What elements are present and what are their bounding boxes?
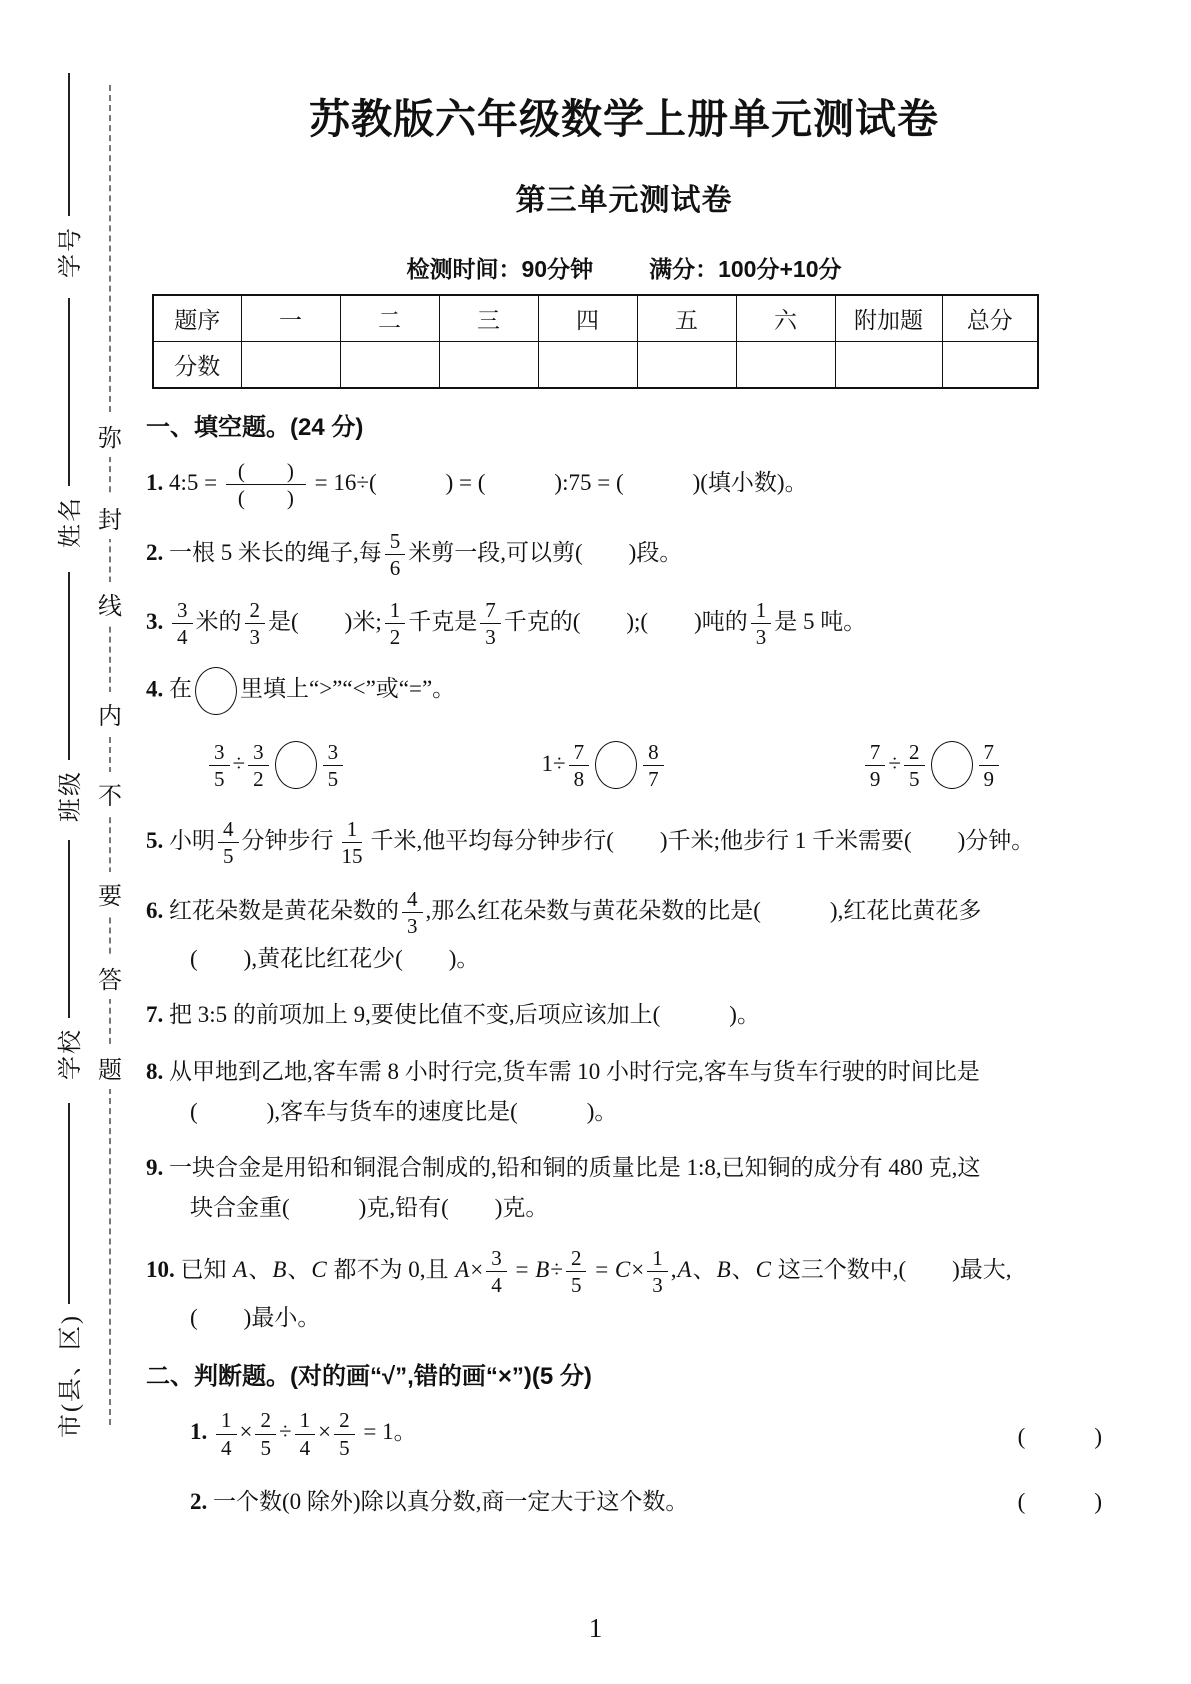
question-body: 红花朵数是黄花朵数的43,那么红花朵数与黄花朵数的比是( ),红花比黄花多( )… [169, 898, 981, 971]
fraction-denominator: 8 [569, 766, 590, 792]
math-variable: C [614, 1257, 631, 1282]
fraction: 34 [486, 1245, 507, 1299]
seal-line-char: 弥 [94, 414, 126, 457]
score-cell [439, 342, 538, 389]
fraction-denominator: 7 [643, 766, 664, 792]
question-body: 小明45分钟步行115千米,他平均每分钟步行( )千米;他步行 1 千米需要( … [169, 828, 1034, 853]
fraction-numerator: 1 [385, 597, 406, 624]
question-number: 8. [146, 1059, 169, 1084]
unit-title: 第三单元测试卷 [146, 175, 1102, 219]
section-two-heading: 二、判断题。(对的画“√”,错的画“×”)(5 分) [146, 1356, 1102, 1391]
fraction: 13 [647, 1245, 668, 1299]
exam-time-label: 检测时间：90分钟 [407, 256, 594, 282]
fraction: 14 [216, 1407, 237, 1461]
math-variable: A [232, 1257, 248, 1282]
fraction-numerator: 3 [323, 739, 344, 766]
question-body: 4:5 = ( )( ) = 16÷( ) = ( ):75 = ( )(填小数… [169, 470, 808, 495]
question-item: 8. 从甲地到乙地,客车需 8 小时行完,货车需 10 小时行完,客车与货车行驶… [146, 1052, 1102, 1133]
score-cell [340, 342, 439, 389]
question-number: 9. [146, 1155, 169, 1180]
question-item: 9. 一块合金是用铅和铜混合制成的,铅和铜的质量比是 1:8,已知铜的成分有 4… [146, 1148, 1102, 1229]
fraction-numerator: 1 [342, 816, 363, 843]
score-cell [942, 342, 1038, 389]
fraction-denominator: 4 [486, 1272, 507, 1298]
math-variable: A [677, 1257, 693, 1282]
fraction-numerator: 1 [295, 1407, 316, 1434]
fraction-numerator: 4 [402, 886, 423, 913]
paper-title: 苏教版六年级数学上册单元测试卷 [146, 86, 1102, 145]
seal-line-char: 线 [94, 582, 126, 625]
question-number: 3. [146, 609, 169, 634]
fraction-denominator: 3 [751, 624, 772, 650]
fraction-denominator: 5 [334, 1435, 355, 1461]
side-field-text: 学校 [50, 1028, 85, 1080]
score-table-header-cell: 附加题 [835, 295, 942, 342]
fraction: 35 [323, 739, 344, 793]
score-table-header-cell: 总分 [942, 295, 1038, 342]
question-body: 从甲地到乙地,客车需 8 小时行完,货车需 10 小时行完,客车与货车行驶的时间… [169, 1059, 980, 1124]
fraction-numerator: 4 [218, 816, 239, 843]
section-one-heading: 一、填空题。(24 分) [146, 407, 1102, 442]
fraction-numerator: 2 [334, 1407, 355, 1434]
fraction: 45 [218, 816, 239, 870]
question-item: 7. 把 3:5 的前项加上 9,要使比值不变,后项应该加上( )。 [146, 995, 1102, 1035]
judge-item: 2. 一个数(0 除外)除以真分数,商一定大于这个数。( ) [146, 1483, 1102, 1516]
fraction: 25 [904, 739, 925, 793]
question-item: 6. 红花朵数是黄花朵数的43,那么红花朵数与黄花朵数的比是( ),红花比黄花多… [146, 886, 1102, 980]
fraction-numerator: 2 [566, 1245, 587, 1272]
side-field-rule-line [68, 572, 70, 760]
fraction-denominator: 3 [245, 624, 266, 650]
fraction-denominator: 3 [402, 913, 423, 939]
math-variable: C [310, 1257, 327, 1282]
fraction-denominator: 9 [979, 766, 1000, 792]
question-number: 5. [146, 828, 169, 853]
fraction: 78 [569, 739, 590, 793]
fraction-numerator: 7 [569, 739, 590, 766]
compare-circle [931, 741, 973, 789]
fraction-numerator: 7 [979, 739, 1000, 766]
fraction: 25 [255, 1407, 276, 1461]
fraction-numerator: 1 [751, 597, 772, 624]
fraction-numerator: 3 [209, 739, 230, 766]
fraction: 12 [385, 597, 406, 651]
comparison-row: 35÷32351÷788779÷2579 [146, 731, 1102, 799]
question-item: 5. 小明45分钟步行115千米,他平均每分钟步行( )千米;他步行 1 千米需… [146, 816, 1102, 870]
fraction: 73 [480, 597, 501, 651]
question-number: 2. [190, 1489, 213, 1514]
math-variable: B [716, 1257, 732, 1282]
judge-questions: 1. 14×25÷14×25 = 1。( )2. 一个数(0 除外)除以真分数,… [146, 1407, 1102, 1516]
math-variable: A [454, 1257, 470, 1282]
fraction-denominator: 4 [216, 1435, 237, 1461]
fraction-numerator: 3 [486, 1245, 507, 1272]
question-number: 2. [146, 540, 169, 565]
fraction-numerator: 2 [904, 739, 925, 766]
question-number: 7. [146, 1002, 169, 1027]
math-variable: B [534, 1257, 550, 1282]
judge-item: 1. 14×25÷14×25 = 1。( ) [146, 1407, 1102, 1461]
score-table-header-cell: 五 [637, 295, 736, 342]
seal-line-char: 题 [94, 1046, 126, 1089]
side-field-text: 姓名 [50, 496, 85, 548]
answer-blank: ( ) [1018, 1483, 1102, 1516]
fill-in-questions: 1. 4:5 = ( )( ) = 16÷( ) = ( ):75 = ( )(… [146, 458, 1102, 1338]
score-cell [637, 342, 736, 389]
math-variable: C [755, 1257, 772, 1282]
question-item: 4. 在里填上“>”“<”或“=”。 [146, 667, 1102, 715]
exam-paper: 学号姓名班级学校市(县、区) 弥封线内不要答题 苏教版六年级数学上册单元测试卷 … [0, 0, 1191, 1684]
question-item: 3. 34米的23是( )米;12千克是73千克的( );( )吨的13是 5 … [146, 597, 1102, 651]
fraction-denominator: 6 [385, 555, 406, 581]
fraction: 32 [248, 739, 269, 793]
question-number: 10. [146, 1257, 181, 1282]
fraction: 14 [295, 1407, 316, 1461]
fraction-denominator: 9 [865, 766, 886, 792]
score-table-header-cell: 三 [439, 295, 538, 342]
fraction-numerator: 2 [255, 1407, 276, 1434]
judge-statement: 1. 14×25÷14×25 = 1。 [190, 1407, 417, 1461]
side-field-text: 班级 [50, 770, 85, 822]
fraction-numerator: 3 [172, 597, 193, 624]
comparison-item: 79÷2579 [862, 739, 1002, 793]
side-field-rule-line [68, 73, 70, 216]
fraction-blank: ( )( ) [226, 458, 306, 512]
fraction-denominator: 2 [385, 624, 406, 650]
side-field-label: 学校 [50, 840, 84, 1080]
seal-dashed-line [109, 85, 111, 1425]
question-body: 一个数(0 除外)除以真分数,商一定大于这个数。 [213, 1489, 688, 1514]
fraction-denominator: 5 [209, 766, 230, 792]
comparison-item: 1÷7887 [541, 739, 666, 793]
side-field-label: 班级 [50, 572, 84, 822]
judge-statement: 2. 一个数(0 除外)除以真分数,商一定大于这个数。 [190, 1483, 688, 1516]
seal-line-char: 答 [94, 956, 126, 999]
side-field-text: 学号 [50, 226, 85, 278]
side-field-rule-line [68, 1103, 70, 1304]
question-body: 一根 5 米长的绳子,每56米剪一段,可以剪( )段。 [169, 540, 682, 565]
score-table-header-cell: 六 [736, 295, 835, 342]
fraction-denominator: 3 [647, 1272, 668, 1298]
fraction: 79 [979, 739, 1000, 793]
question-body: 在里填上“>”“<”或“=”。 [169, 676, 455, 701]
score-cell [538, 342, 637, 389]
fraction-denominator: 5 [323, 766, 344, 792]
fraction-numerator: 7 [480, 597, 501, 624]
fraction: 43 [402, 886, 423, 940]
score-cell [835, 342, 942, 389]
fraction-denominator: 15 [337, 843, 368, 869]
comparison-item: 35÷3235 [206, 739, 346, 793]
question-item: 1. 4:5 = ( )( ) = 16÷( ) = ( ):75 = ( )(… [146, 458, 1102, 512]
score-table-header-cell: 二 [340, 295, 439, 342]
paper-content: 苏教版六年级数学上册单元测试卷 第三单元测试卷 检测时间：90分钟满分：100分… [146, 56, 1102, 1538]
question-body: 14×25÷14×25 = 1。 [213, 1419, 417, 1444]
score-cell [241, 342, 340, 389]
fraction-numerator: 5 [385, 528, 406, 555]
score-table-header-row: 题序一二三四五六附加题总分 [153, 295, 1038, 342]
fraction-numerator: ( ) [226, 458, 306, 485]
score-table-header-cell: 题序 [153, 295, 241, 342]
fraction-denominator: 5 [255, 1435, 276, 1461]
fraction-numerator: 7 [865, 739, 886, 766]
exam-info-line: 检测时间：90分钟满分：100分+10分 [146, 251, 1102, 284]
fraction-denominator: 5 [218, 843, 239, 869]
fraction: 87 [643, 739, 664, 793]
side-field-label: 学号 [50, 73, 84, 278]
seal-line-char: 不 [94, 772, 126, 815]
compare-circle [195, 667, 237, 715]
seal-line-char: 内 [94, 692, 126, 735]
fraction: 13 [751, 597, 772, 651]
fraction-numerator: 8 [643, 739, 664, 766]
answer-blank: ( ) [1018, 1418, 1102, 1451]
fraction: 115 [337, 816, 368, 870]
fraction: 35 [209, 739, 230, 793]
question-body: 已知 A、B、C 都不为 0,且 A×34 = B÷25 = C×13,A、B、… [181, 1257, 1012, 1330]
question-item: 10. 已知 A、B、C 都不为 0,且 A×34 = B÷25 = C×13,… [146, 1245, 1102, 1339]
question-number: 1. [146, 470, 169, 495]
score-table-score-row: 分数 [153, 342, 1038, 389]
question-number: 6. [146, 898, 169, 923]
fraction: 25 [334, 1407, 355, 1461]
fraction: 25 [566, 1245, 587, 1299]
fraction: 79 [865, 739, 886, 793]
full-score-label: 满分：100分+10分 [649, 256, 841, 282]
side-field-rule-line [68, 840, 70, 1018]
side-field-label: 市(县、区) [50, 1103, 84, 1438]
side-field-label: 姓名 [50, 298, 84, 548]
fraction-denominator: 4 [172, 624, 193, 650]
question-item: 2. 一根 5 米长的绳子,每56米剪一段,可以剪( )段。 [146, 528, 1102, 582]
fraction-numerator: 3 [248, 739, 269, 766]
fraction-denominator: 5 [566, 1272, 587, 1298]
fraction-numerator: 1 [216, 1407, 237, 1434]
score-table-header-cell: 一 [241, 295, 340, 342]
page-number: 1 [0, 1613, 1191, 1644]
score-table-header-cell: 四 [538, 295, 637, 342]
seal-line-char: 要 [94, 872, 126, 915]
question-body: 34米的23是( )米;12千克是73千克的( );( )吨的13是 5 吨。 [169, 609, 866, 634]
side-field-rule-line [68, 298, 70, 486]
compare-circle [595, 741, 637, 789]
question-number: 4. [146, 676, 169, 701]
math-variable: B [271, 1257, 287, 1282]
question-body: 一块合金是用铅和铜混合制成的,铅和铜的质量比是 1:8,已知铜的成分有 480 … [169, 1155, 980, 1220]
fraction: 23 [245, 597, 266, 651]
fraction-denominator: 2 [248, 766, 269, 792]
seal-line-char: 封 [94, 496, 126, 539]
score-row-label: 分数 [153, 342, 241, 389]
fraction-numerator: 2 [245, 597, 266, 624]
compare-circle [275, 741, 317, 789]
fraction: 34 [172, 597, 193, 651]
question-body: 把 3:5 的前项加上 9,要使比值不变,后项应该加上( )。 [169, 1002, 760, 1027]
fraction-numerator: 1 [647, 1245, 668, 1272]
fraction-denominator: ( ) [226, 485, 306, 511]
side-field-text: 市(县、区) [50, 1314, 85, 1438]
fraction-denominator: 5 [904, 766, 925, 792]
fraction-denominator: 4 [295, 1435, 316, 1461]
fraction-denominator: 3 [480, 624, 501, 650]
score-cell [736, 342, 835, 389]
question-number: 1. [190, 1419, 213, 1444]
score-table: 题序一二三四五六附加题总分分数 [152, 294, 1039, 389]
fraction: 56 [385, 528, 406, 582]
